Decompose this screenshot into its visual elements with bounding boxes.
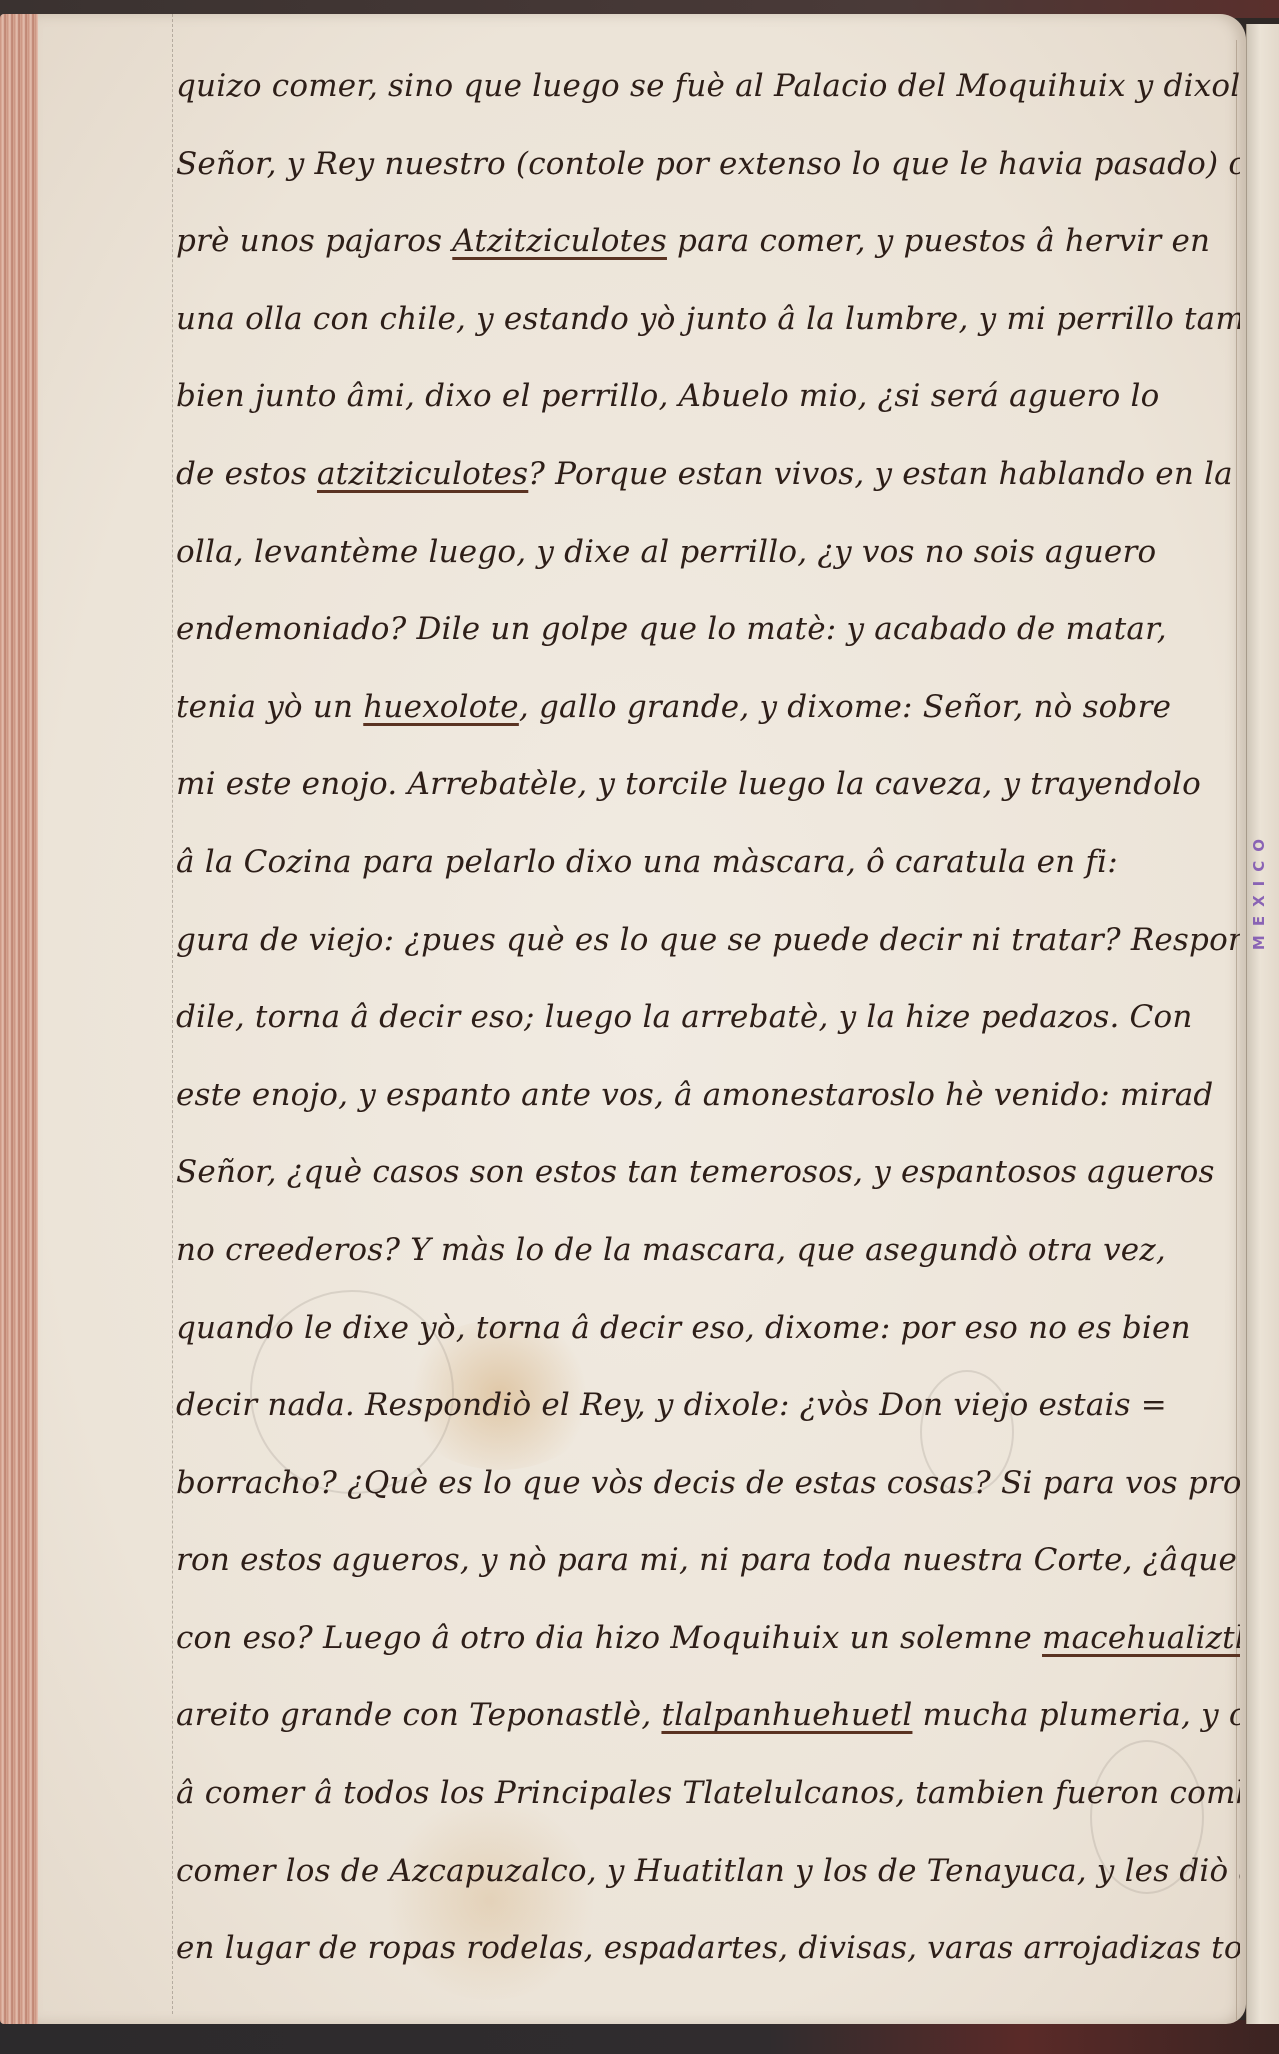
text-line: Señor, ¿què casos son estos tan temeroso… — [172, 1134, 1240, 1212]
text-line: una olla con chile, y estando yò junto â… — [172, 281, 1240, 359]
underlined-term: huexolote — [363, 689, 519, 725]
text-line: borracho? ¿Què es lo que vòs decis de es… — [172, 1445, 1240, 1523]
text-line: prè unos pajaros Atzitziculotes para com… — [172, 203, 1240, 281]
text-line: Señor, y Rey nuestro (contole por extens… — [172, 126, 1240, 204]
text-line: â la Cozina para pelarlo dixo una màscar… — [172, 824, 1240, 902]
underlined-term: macehualiztli — [1042, 1620, 1240, 1656]
text-line: mi este enojo. Arrebatèle, y torcile lue… — [172, 746, 1240, 824]
text-line: este enojo, y espanto ante vos, â amones… — [172, 1057, 1240, 1135]
text-line: gura de viejo: ¿pues què es lo que se pu… — [172, 902, 1240, 980]
text-line: bien junto âmi, dixo el perrillo, Abuelo… — [172, 358, 1240, 436]
text-line: dile, torna â decir eso; luego la arreba… — [172, 979, 1240, 1057]
manuscript-text: quizo comer, sino que luego se fuè al Pa… — [172, 48, 1240, 1988]
text-line: en lugar de ropas rodelas, espadartes, d… — [172, 1910, 1240, 1988]
text-line: quizo comer, sino que luego se fuè al Pa… — [172, 48, 1240, 126]
underlined-term: Atzitziculotes — [452, 223, 667, 259]
underlined-term: atzitziculotes — [317, 456, 528, 492]
text-line: con eso? Luego â otro dia hizo Moquihuix… — [172, 1600, 1240, 1678]
text-line: olla, levantème luego, y dixe al perrill… — [172, 514, 1240, 592]
text-line: endemoniado? Dile un golpe que lo matè: … — [172, 591, 1240, 669]
underlined-term: tlalpanhuehuetl — [661, 1697, 912, 1733]
text-line: decir nada. Respondiò el Rey, y dixole: … — [172, 1367, 1240, 1445]
text-line: no creederos? Y màs lo de la mascara, qu… — [172, 1212, 1240, 1290]
text-line: quando le dixe yò, torna â decir eso, di… — [172, 1290, 1240, 1368]
page-edges-left — [0, 14, 40, 2024]
text-line: comer los de Azcapuzalco, y Huatitlan y … — [172, 1833, 1240, 1911]
adjacent-page-edge — [1246, 24, 1279, 2024]
text-line: â comer â todos los Principales Tlatelul… — [172, 1755, 1240, 1833]
text-line: areito grande con Teponastlè, tlalpanhue… — [172, 1677, 1240, 1755]
text-line: ron estos agueros, y nò para mi, ni para… — [172, 1522, 1240, 1600]
book-binding-bottom — [0, 2020, 1279, 2054]
library-stamp: MEXICO — [1250, 830, 1268, 950]
text-line: tenia yò un huexolote, gallo grande, y d… — [172, 669, 1240, 747]
text-line: de estos atzitziculotes? Porque estan vi… — [172, 436, 1240, 514]
